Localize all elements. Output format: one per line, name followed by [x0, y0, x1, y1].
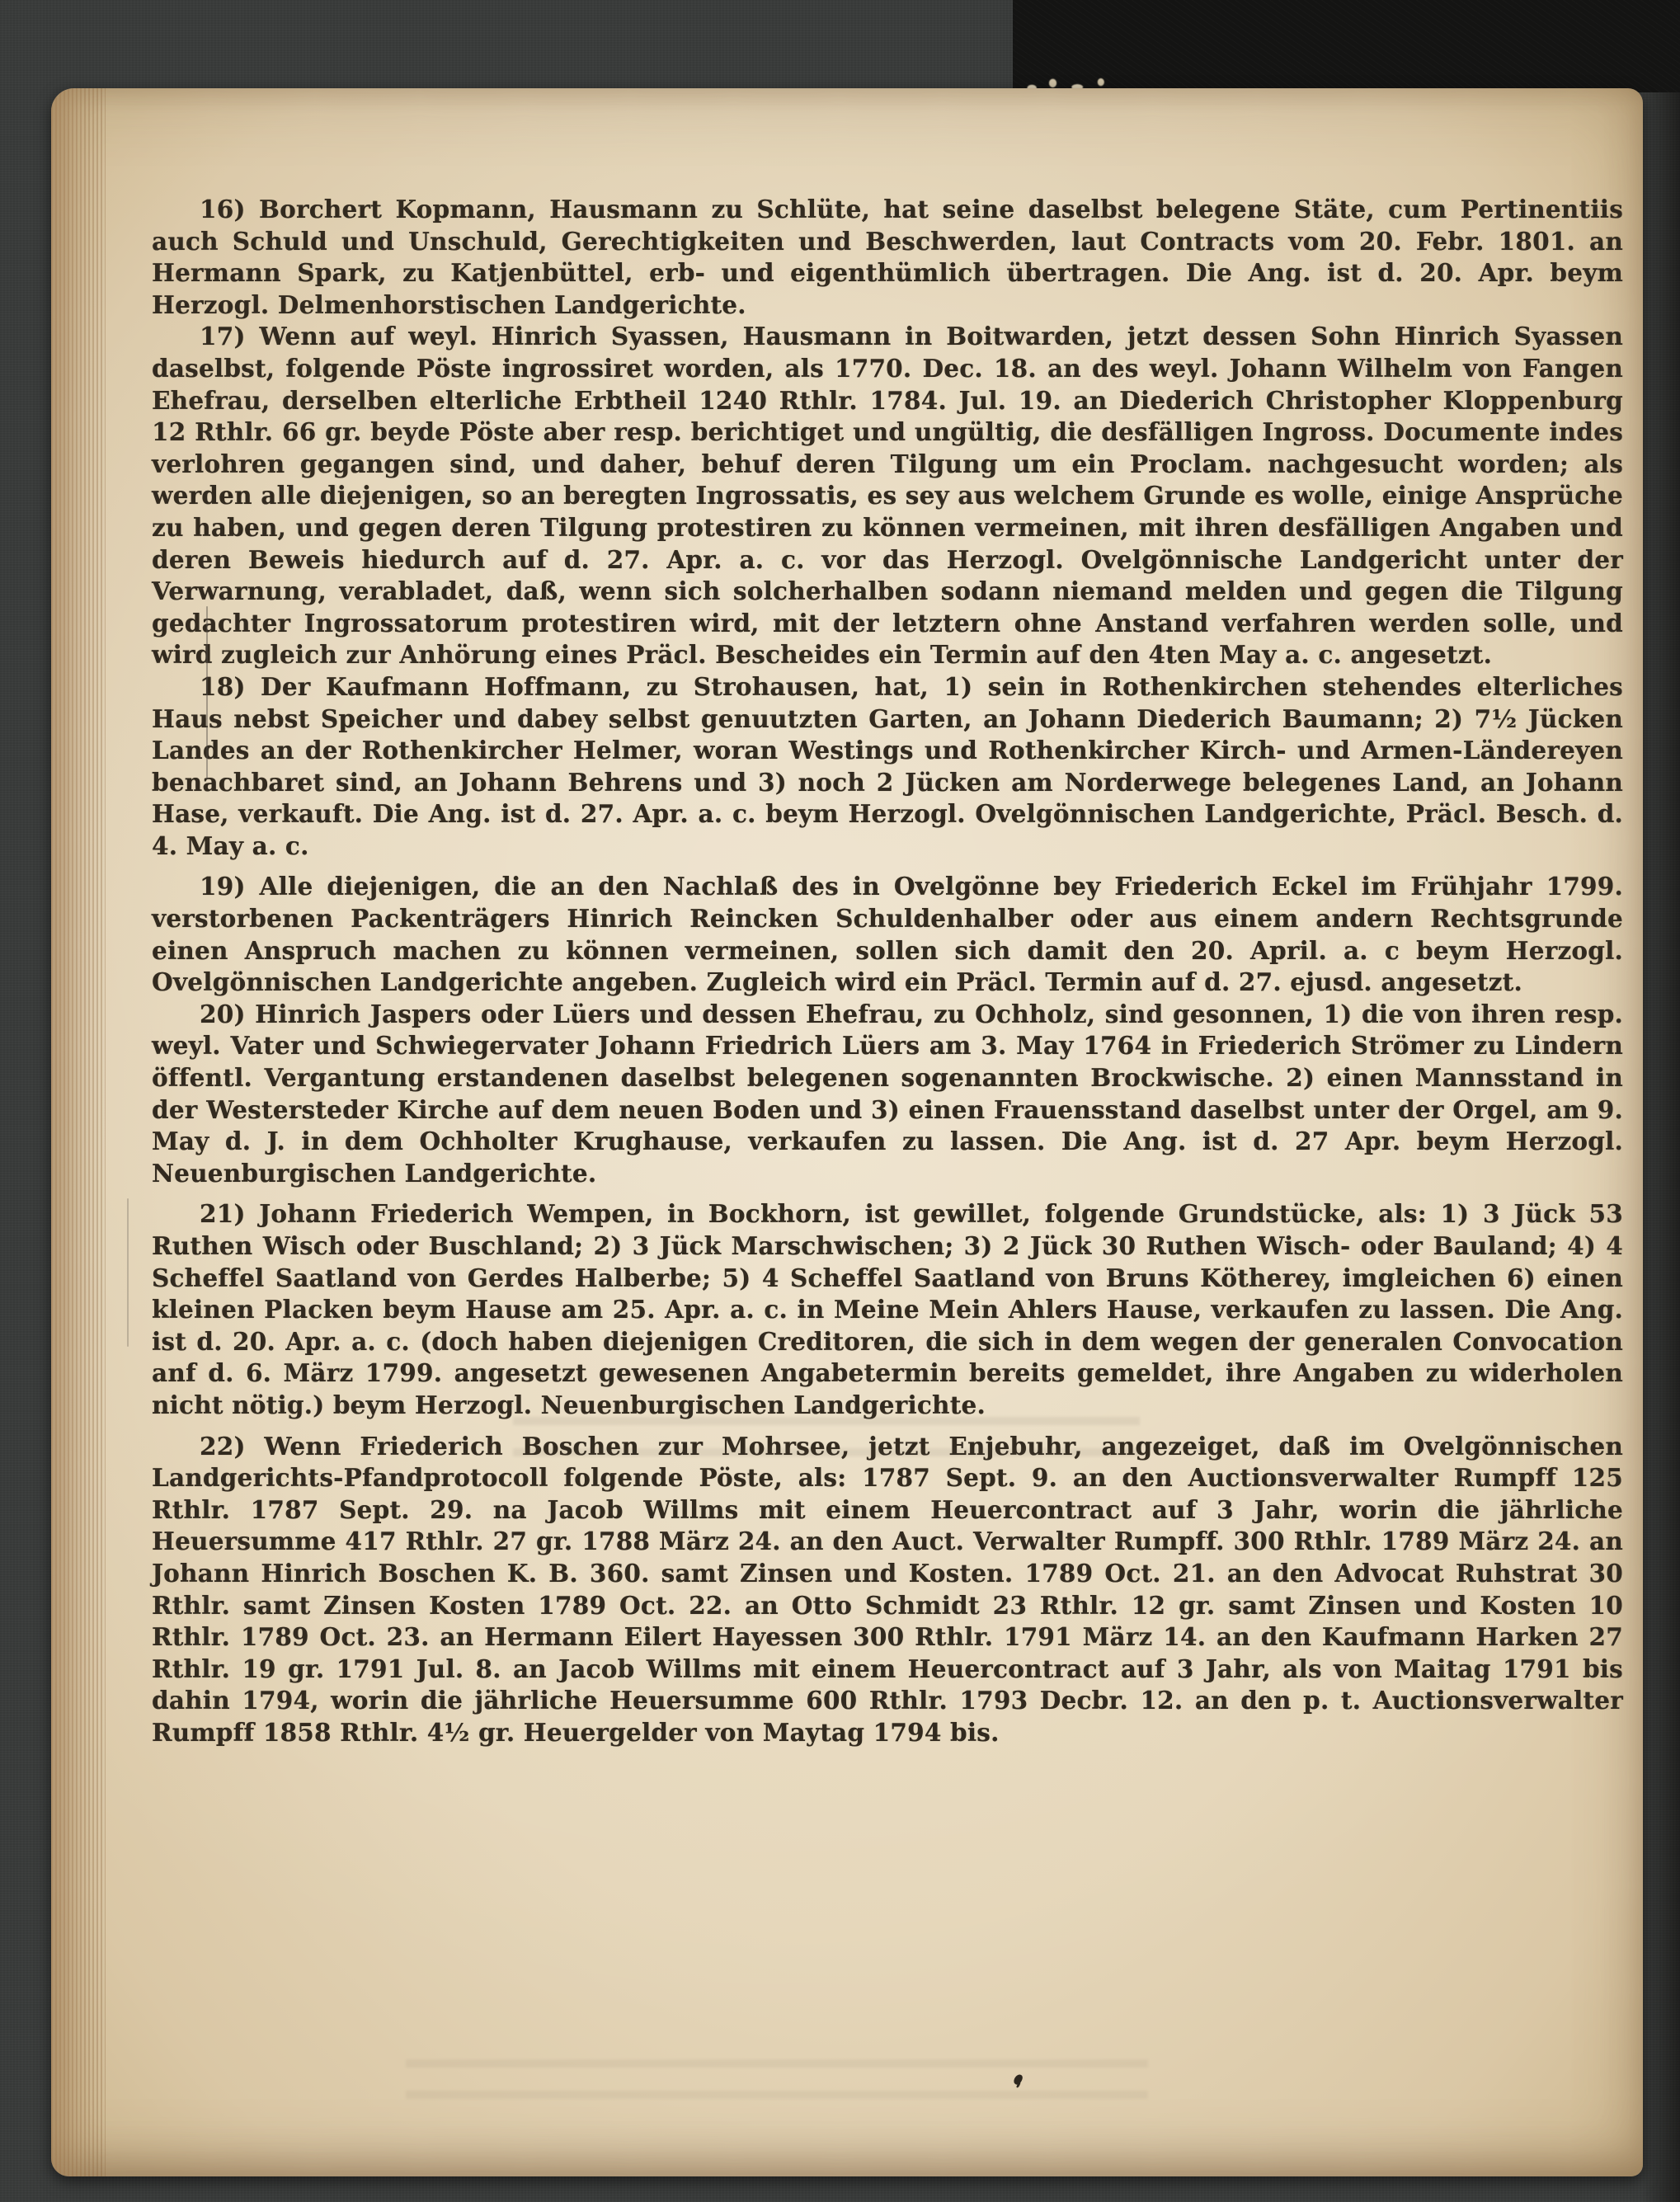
gutter-shadow	[1642, 92, 1680, 2202]
paragraph-18: 18) Der Kaufmann Hoffmann, zu Strohausen…	[152, 671, 1623, 863]
paragraph-17: 17) Wenn auf weyl. Hinrich Syassen, Haus…	[152, 321, 1623, 671]
ink-speck	[1013, 2073, 1024, 2087]
stacked-page-edges	[51, 88, 106, 2176]
book-page: 16) Borchert Kopmann, Hausmann zu Schlüt…	[51, 88, 1643, 2176]
torn-corner-gap	[1013, 0, 1680, 92]
margin-crease-mark	[127, 1198, 129, 1347]
paragraph-20: 20) Hinrich Jaspers oder Lüers und desse…	[152, 999, 1623, 1190]
paragraph-21: 21) Johann Friederich Wempen, in Bockhor…	[152, 1198, 1623, 1421]
text-column: 16) Borchert Kopmann, Hausmann zu Schlüt…	[152, 194, 1623, 1749]
paragraph-22: 22) Wenn Friederich Boschen zur Mohrsee,…	[152, 1431, 1623, 1749]
ink-showthrough-smudge	[406, 2041, 1148, 2099]
paragraph-19: 19) Alle diejenigen, die an den Nachlaß …	[152, 871, 1623, 998]
paragraph-16: 16) Borchert Kopmann, Hausmann zu Schlüt…	[152, 194, 1623, 321]
scanned-book-photo: { "appearance": { "background_hex": "#3a…	[0, 0, 1680, 2202]
margin-crease-mark	[206, 606, 208, 779]
